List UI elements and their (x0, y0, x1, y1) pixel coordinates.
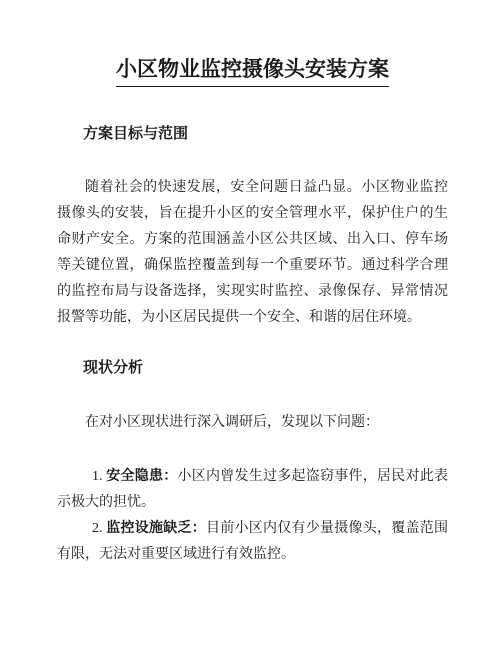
item-colon: ： (192, 521, 206, 536)
item-colon: ： (163, 469, 177, 484)
item-term: 监控设施缺乏 (106, 521, 192, 536)
issue-list: 1. 安全隐患：小区内曾发生过多起盗窃事件，居民对此表示极大的担忧。 2. 监控… (57, 464, 448, 568)
list-item-security-risk: 1. 安全隐患：小区内曾发生过多起盗窃事件，居民对此表示极大的担忧。 (57, 464, 448, 516)
item-term: 安全隐患 (106, 469, 163, 484)
section-heading-status-analysis: 现状分析 (83, 358, 448, 378)
item-number: 1. (92, 469, 103, 484)
list-item-lack-of-monitoring: 2. 监控设施缺乏：目前小区内仅有少量摄像头，覆盖范围有限，无法对重要区域进行有… (57, 516, 448, 568)
document-title: 小区物业监控摄像头安装方案 (57, 58, 448, 87)
document-title-text: 小区物业监控摄像头安装方案 (116, 58, 389, 87)
paragraph-status-intro: 在对小区现状进行深入调研后，发现以下问题： (57, 410, 448, 436)
section-heading-goals-scope: 方案目标与范围 (83, 124, 448, 144)
document-page: 小区物业监控摄像头安装方案 方案目标与范围 随着社会的快速发展，安全问题日益凸显… (0, 0, 500, 647)
item-number: 2. (92, 521, 103, 536)
paragraph-goals-scope: 随着社会的快速发展，安全问题日益凸显。小区物业监控摄像头的安装，旨在提升小区的安… (57, 175, 448, 331)
